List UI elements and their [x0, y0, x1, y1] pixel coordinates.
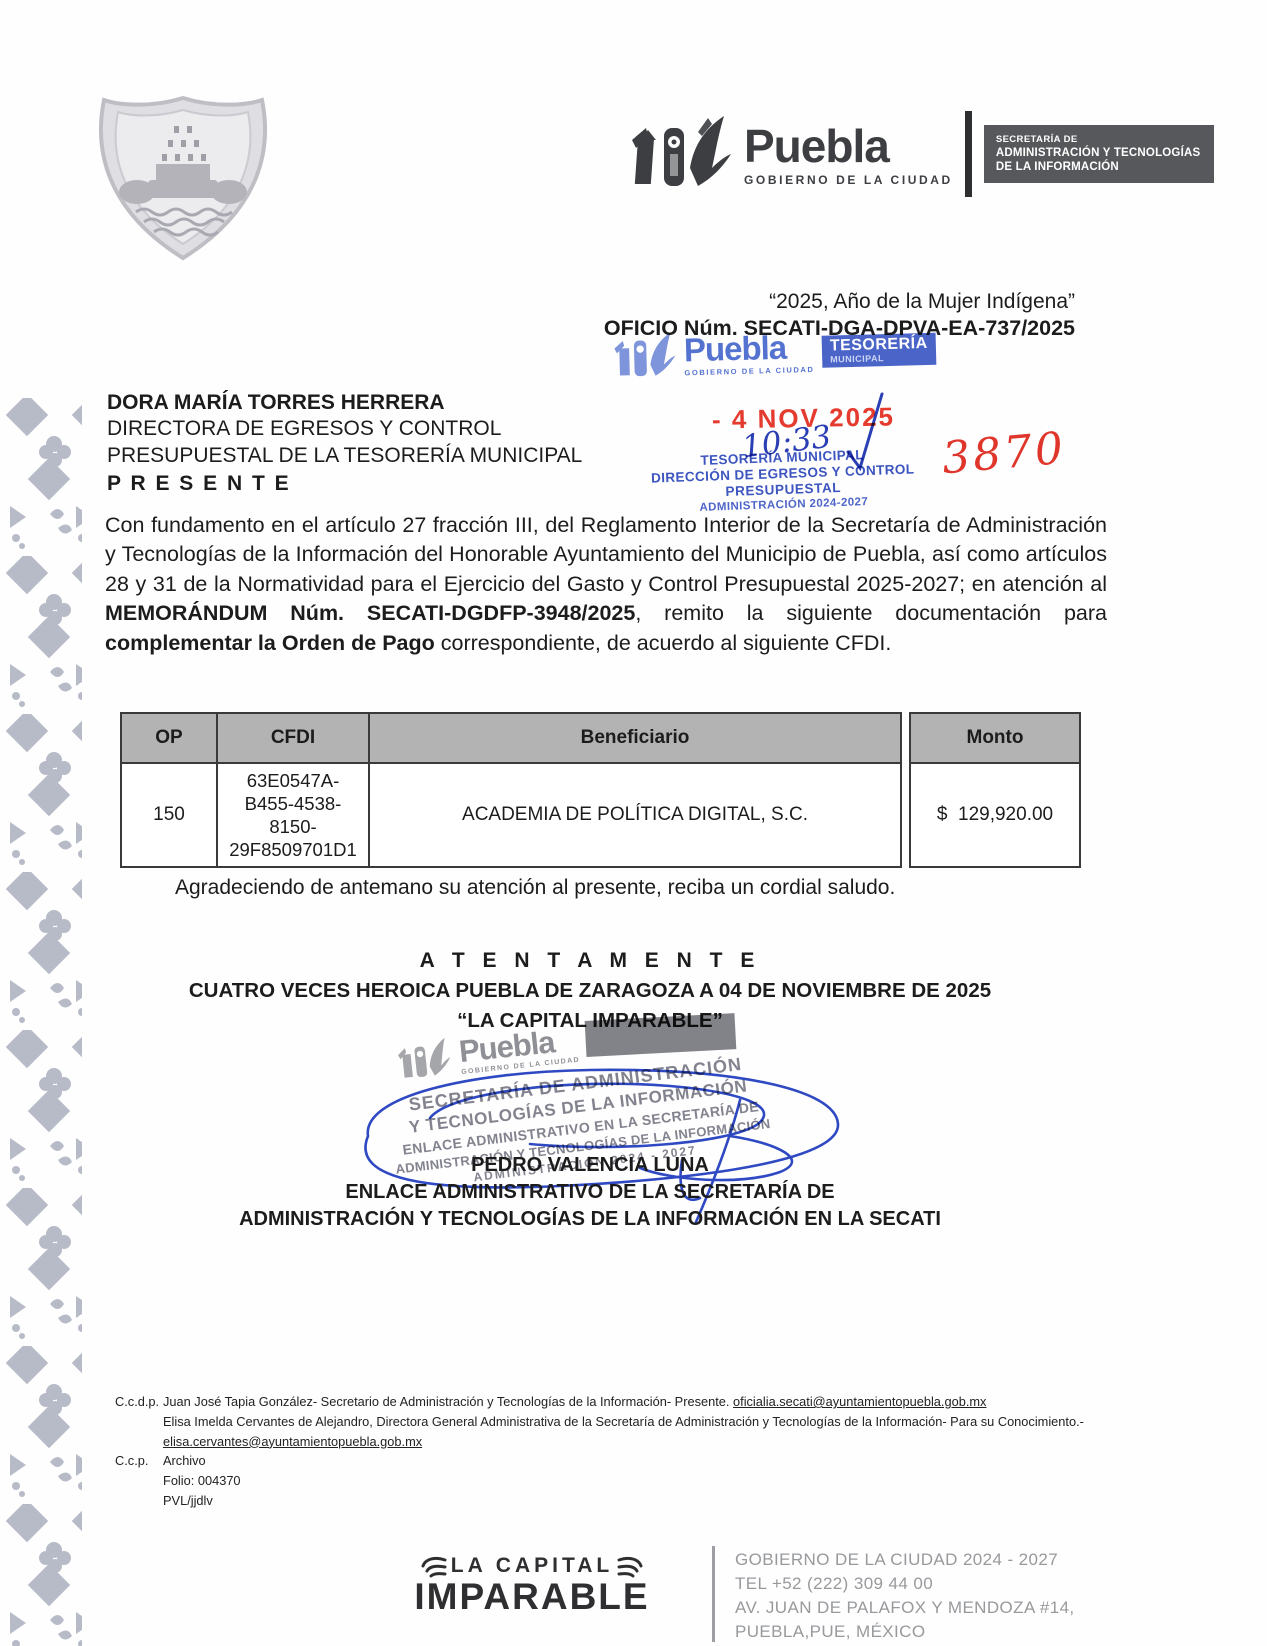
ccdp-email-1: oficialia.secati@ayuntamientopuebla.gob.…	[733, 1394, 986, 1409]
cell-monto: $ 129,920.00	[910, 763, 1080, 867]
footer-line-1: GOBIERNO DE LA CIUDAD 2024 - 2027	[735, 1548, 1075, 1572]
cc-block: C.c.d.p. Juan José Tapia González- Secre…	[115, 1392, 1175, 1511]
ccdp-row: C.c.d.p. Juan José Tapia González- Secre…	[115, 1392, 1175, 1412]
right-wing-icon	[617, 1554, 643, 1578]
ccp-row: C.c.p. Archivo	[115, 1451, 1175, 1471]
recipient-block: DORA MARÍA TORRES HERRERA DIRECTORA DE E…	[107, 390, 582, 498]
recipient-title-1: DIRECTORA DE EGRESOS Y CONTROL	[107, 416, 582, 442]
ccdp-line2: Elisa Imelda Cervantes de Alejandro, Dir…	[115, 1412, 1175, 1432]
ccdp-line1-text: Juan José Tapia González- Secretario de …	[163, 1394, 733, 1409]
ccdp-email-2: elisa.cervantes@ayuntamientopuebla.gob.m…	[163, 1434, 422, 1449]
cell-beneficiario: ACADEMIA DE POLÍTICA DIGITAL, S.C.	[369, 763, 901, 867]
folio-line: Folio: 004370	[115, 1471, 1175, 1491]
signer-name: PEDRO VALENCIA LUNA	[70, 1152, 1110, 1179]
col-header-op: OP	[121, 713, 217, 763]
cell-op: 150	[121, 763, 217, 867]
footer-line-2: TEL +52 (222) 309 44 00	[735, 1572, 1075, 1596]
col-header-monto: Monto	[910, 713, 1080, 763]
year-quote: “2025, Año de la Mujer Indígena”	[604, 288, 1075, 315]
ccdp-label: C.c.d.p.	[115, 1392, 163, 1412]
brand-subtext: GOBIERNO DE LA CIUDAD	[744, 174, 953, 186]
handwritten-folio-number: 3870	[940, 423, 1068, 485]
body-text-2: , remito la siguiente documentación para	[635, 601, 1107, 625]
puebla-skyline-icon	[628, 110, 732, 198]
signer-block: PEDRO VALENCIA LUNA ENLACE ADMINISTRATIV…	[70, 1152, 1110, 1233]
table-header-row: OP CFDI Beneficiario Monto	[121, 713, 1080, 763]
orden-de-pago-bold: complementar la Orden de Pago	[105, 631, 435, 655]
recipient-title-2: PRESUPUESTAL DE LA TESORERÍA MUNICIPAL	[107, 443, 582, 469]
capital-imparable-logo: LA CAPITAL IMPARABLE	[382, 1554, 682, 1618]
col-header-cfdi: CFDI	[217, 713, 369, 763]
received-office-stamp: TESORERÍA MUNICIPAL DIRECCIÓN DE EGRESOS…	[637, 445, 929, 517]
badge-line3: DE LA INFORMACIÓN	[996, 160, 1202, 174]
signer-title-1: ENLACE ADMINISTRATIVO DE LA SECRETARÍA D…	[70, 1179, 1110, 1206]
body-text-3: correspondiente, de acuerdo al siguiente…	[435, 631, 892, 655]
capital-text: LA CAPITAL	[451, 1554, 613, 1578]
badge-line2: ADMINISTRACIÓN Y TECNOLOGÍAS	[996, 146, 1202, 160]
cell-cfdi: 63E0547A- B455-4538- 8150- 29F8509701D1	[217, 763, 369, 867]
column-gap	[901, 763, 910, 867]
secretaria-badge: SECRETARÍA DE ADMINISTRACIÓN Y TECNOLOGÍ…	[984, 125, 1214, 184]
stamp-skyline-icon	[611, 329, 676, 385]
badge-line1: SECRETARÍA DE	[996, 134, 1202, 146]
footer-line-4: PUEBLA,PUE, MÉXICO	[735, 1620, 1075, 1644]
stamp-brand-subtext: GOBIERNO DE LA CIUDAD	[684, 366, 814, 377]
footer-line-3: AV. JUAN DE PALAFOX Y MENDOZA #14,	[735, 1596, 1075, 1620]
body-text-1: Con fundamento en el artículo 27 fracció…	[105, 513, 1107, 596]
stamp-brand-text: Puebla	[683, 330, 814, 366]
left-wing-icon	[421, 1554, 447, 1578]
scanned-document-page: Puebla GOBIERNO DE LA CIUDAD SECRETARÍA …	[0, 0, 1267, 1646]
presente-line: P R E S E N T E	[107, 471, 582, 497]
brand-text: Puebla	[744, 123, 953, 169]
signer-title-2: ADMINISTRACIÓN Y TECNOLOGÍAS DE LA INFOR…	[70, 1206, 1110, 1233]
ccdp-email-2-row: elisa.cervantes@ayuntamientopuebla.gob.m…	[115, 1432, 1175, 1452]
recipient-name: DORA MARÍA TORRES HERRERA	[107, 390, 582, 416]
puebla-coat-of-arms-icon	[70, 92, 296, 264]
tesoreria-label-box: TESORERÍA MUNICIPAL	[822, 333, 937, 367]
header-logo: Puebla GOBIERNO DE LA CIUDAD SECRETARÍA …	[628, 110, 1214, 198]
cfdi-table: OP CFDI Beneficiario Monto 150 63E0547A-…	[120, 712, 1081, 868]
stamp-wordmark: Puebla GOBIERNO DE LA CIUDAD	[683, 330, 814, 377]
municipal-label: MUNICIPAL	[830, 353, 928, 365]
ccp-value: Archivo	[163, 1451, 206, 1471]
closing-thanks-line: Agradeciendo de antemano su atención al …	[175, 876, 895, 900]
column-gap	[901, 713, 910, 763]
body-paragraph: Con fundamento en el artículo 27 fracció…	[105, 511, 1107, 658]
tesoreria-ink-stamp: Puebla GOBIERNO DE LA CIUDAD TESORERÍA M…	[611, 322, 936, 384]
atentamente-line: A T E N T A M E N T E	[70, 946, 1110, 976]
initials-line: PVL/jjdlv	[115, 1491, 1175, 1511]
footer-address-block: GOBIERNO DE LA CIUDAD 2024 - 2027 TEL +5…	[735, 1548, 1075, 1644]
table-row: 150 63E0547A- B455-4538- 8150- 29F850970…	[121, 763, 1080, 867]
city-date-line: CUATRO VECES HEROICA PUEBLA DE ZARAGOZA …	[70, 976, 1110, 1006]
ccp-label: C.c.p.	[115, 1451, 163, 1471]
puebla-wordmark: Puebla GOBIERNO DE LA CIUDAD	[744, 123, 953, 186]
memorandum-reference: MEMORÁNDUM Núm. SECATI-DGDFP-3948/2025	[105, 601, 635, 625]
col-header-beneficiario: Beneficiario	[369, 713, 901, 763]
logo-divider-bar	[965, 111, 972, 197]
ccdp-line1: Juan José Tapia González- Secretario de …	[163, 1392, 986, 1412]
footer-divider	[712, 1546, 715, 1642]
imparable-text: IMPARABLE	[382, 1576, 682, 1618]
